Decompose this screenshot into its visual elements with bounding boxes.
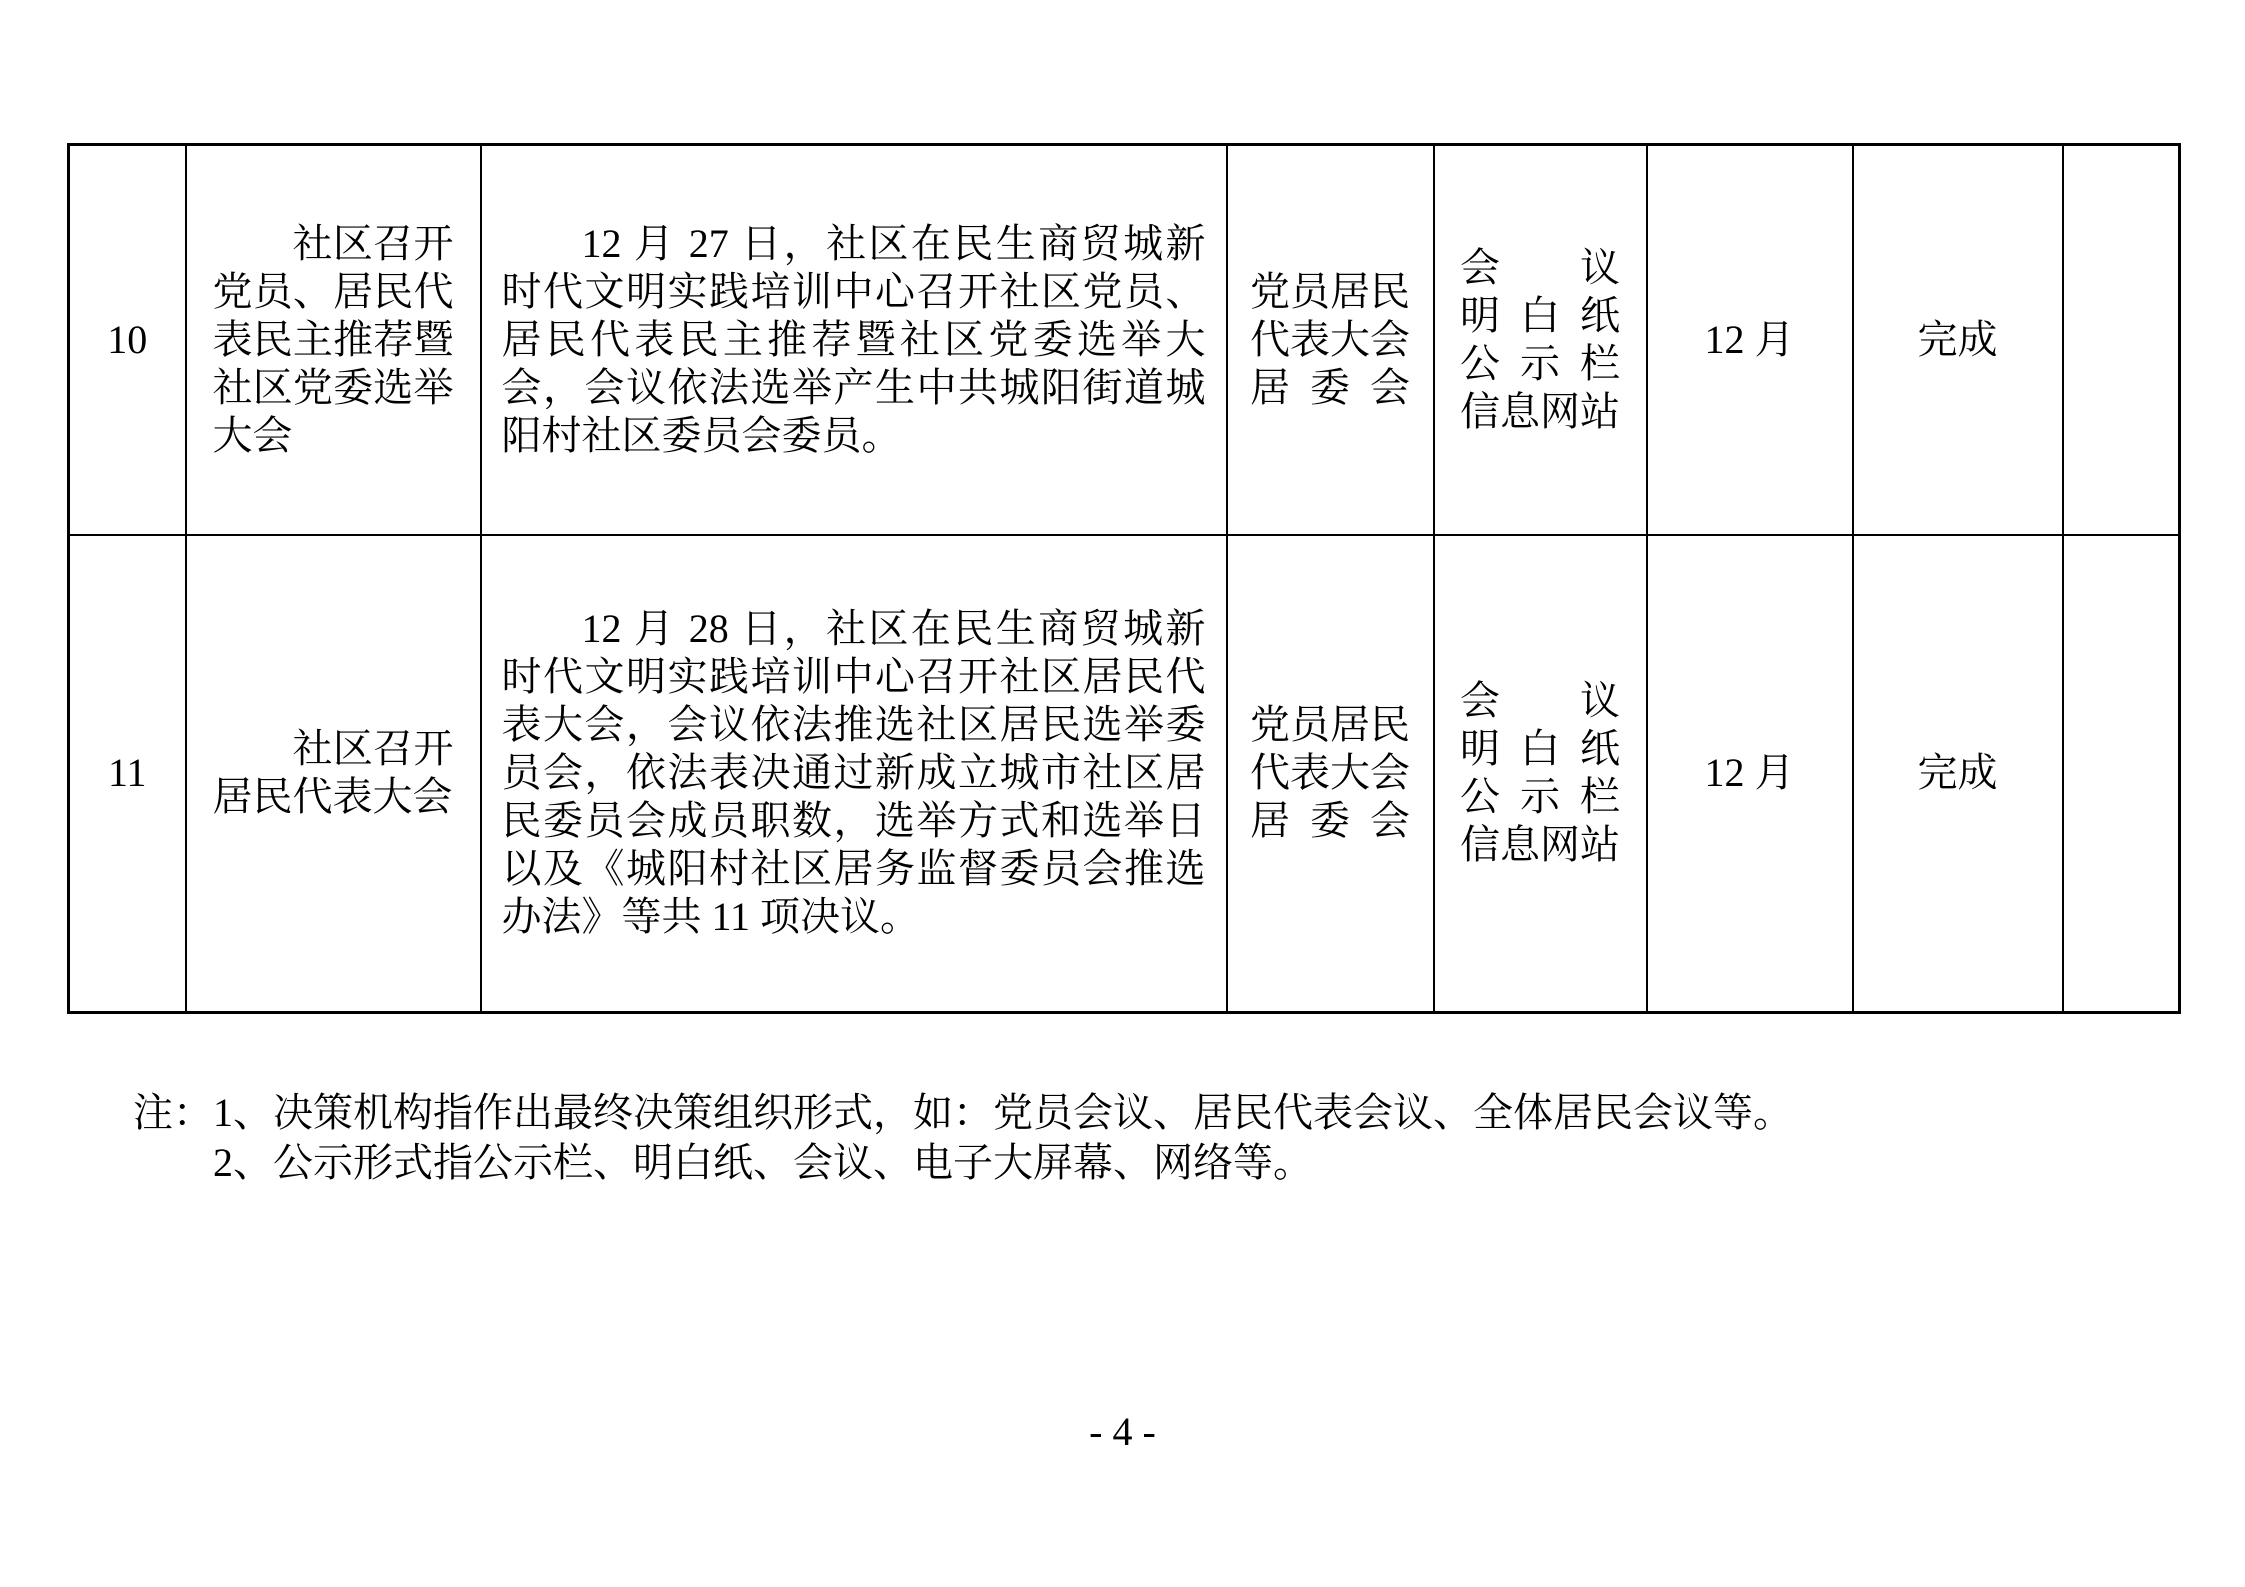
time-cell: 12 月 (1647, 145, 1853, 535)
task-description-cell: 12 月 27 日，社区在民生商贸城新时代文明实践培训中心召开社区党员、居民代表… (481, 145, 1227, 535)
document-page: 10 社区召开党员、居民代表民主推荐暨社区党委选举大会 12 月 27 日，社区… (0, 0, 2245, 1587)
row-number-cell: 10 (69, 145, 186, 535)
decision-body-cell: 党员居民 代表大会 居委会 (1227, 145, 1434, 535)
publicity-form: 会议 明白纸 公示栏 信息网站 (1460, 244, 1620, 436)
footnotes: 注：1、决策机构指作出最终决策组织形式，如：党员会议、居民代表会议、全体居民会议… (133, 1088, 2113, 1188)
publicity-form-cell: 会议 明白纸 公示栏 信息网站 (1434, 535, 1647, 1013)
remark-cell (2063, 535, 2180, 1013)
table-row: 10 社区召开党员、居民代表民主推荐暨社区党委选举大会 12 月 27 日，社区… (69, 145, 2180, 535)
time-cell: 12 月 (1647, 535, 1853, 1013)
remark-cell (2063, 145, 2180, 535)
status-value: 完成 (1918, 317, 1998, 362)
publicity-form: 会议 明白纸 公示栏 信息网站 (1460, 677, 1620, 869)
task-name-cell: 社区召开居民代表大会 (186, 535, 481, 1013)
task-name: 社区召开居民代表大会 (213, 725, 454, 821)
row-number: 10 (107, 317, 147, 362)
task-name-cell: 社区召开党员、居民代表民主推荐暨社区党委选举大会 (186, 145, 481, 535)
time-value: 12 月 (1705, 317, 1795, 362)
task-description: 12 月 28 日，社区在民生商贸城新时代文明实践培训中心召开社区居民代表大会，… (502, 605, 1206, 941)
row-number-cell: 11 (69, 535, 186, 1013)
decision-body: 党员居民 代表大会 居委会 (1250, 701, 1410, 845)
work-progress-table: 10 社区召开党员、居民代表民主推荐暨社区党委选举大会 12 月 27 日，社区… (67, 143, 2181, 1014)
status-cell: 完成 (1853, 535, 2063, 1013)
publicity-form-cell: 会议 明白纸 公示栏 信息网站 (1434, 145, 1647, 535)
status-value: 完成 (1918, 750, 1998, 795)
task-description-cell: 12 月 28 日，社区在民生商贸城新时代文明实践培训中心召开社区居民代表大会，… (481, 535, 1227, 1013)
note-item-2: 2、公示形式指公示栏、明白纸、会议、电子大屏幕、网络等。 (133, 1138, 2113, 1188)
time-value: 12 月 (1705, 750, 1795, 795)
note-item-1: 注：1、决策机构指作出最终决策组织形式，如：党员会议、居民代表会议、全体居民会议… (133, 1088, 2113, 1138)
task-name: 社区召开党员、居民代表民主推荐暨社区党委选举大会 (213, 220, 454, 460)
note-prefix: 注： (133, 1090, 213, 1135)
decision-body: 党员居民 代表大会 居委会 (1250, 268, 1410, 412)
task-description: 12 月 27 日，社区在民生商贸城新时代文明实践培训中心召开社区党员、居民代表… (502, 220, 1206, 460)
status-cell: 完成 (1853, 145, 2063, 535)
page-number: - 4 - (0, 1408, 2245, 1455)
row-number: 11 (108, 750, 147, 795)
table-row: 11 社区召开居民代表大会 12 月 28 日，社区在民生商贸城新时代文明实践培… (69, 535, 2180, 1013)
decision-body-cell: 党员居民 代表大会 居委会 (1227, 535, 1434, 1013)
